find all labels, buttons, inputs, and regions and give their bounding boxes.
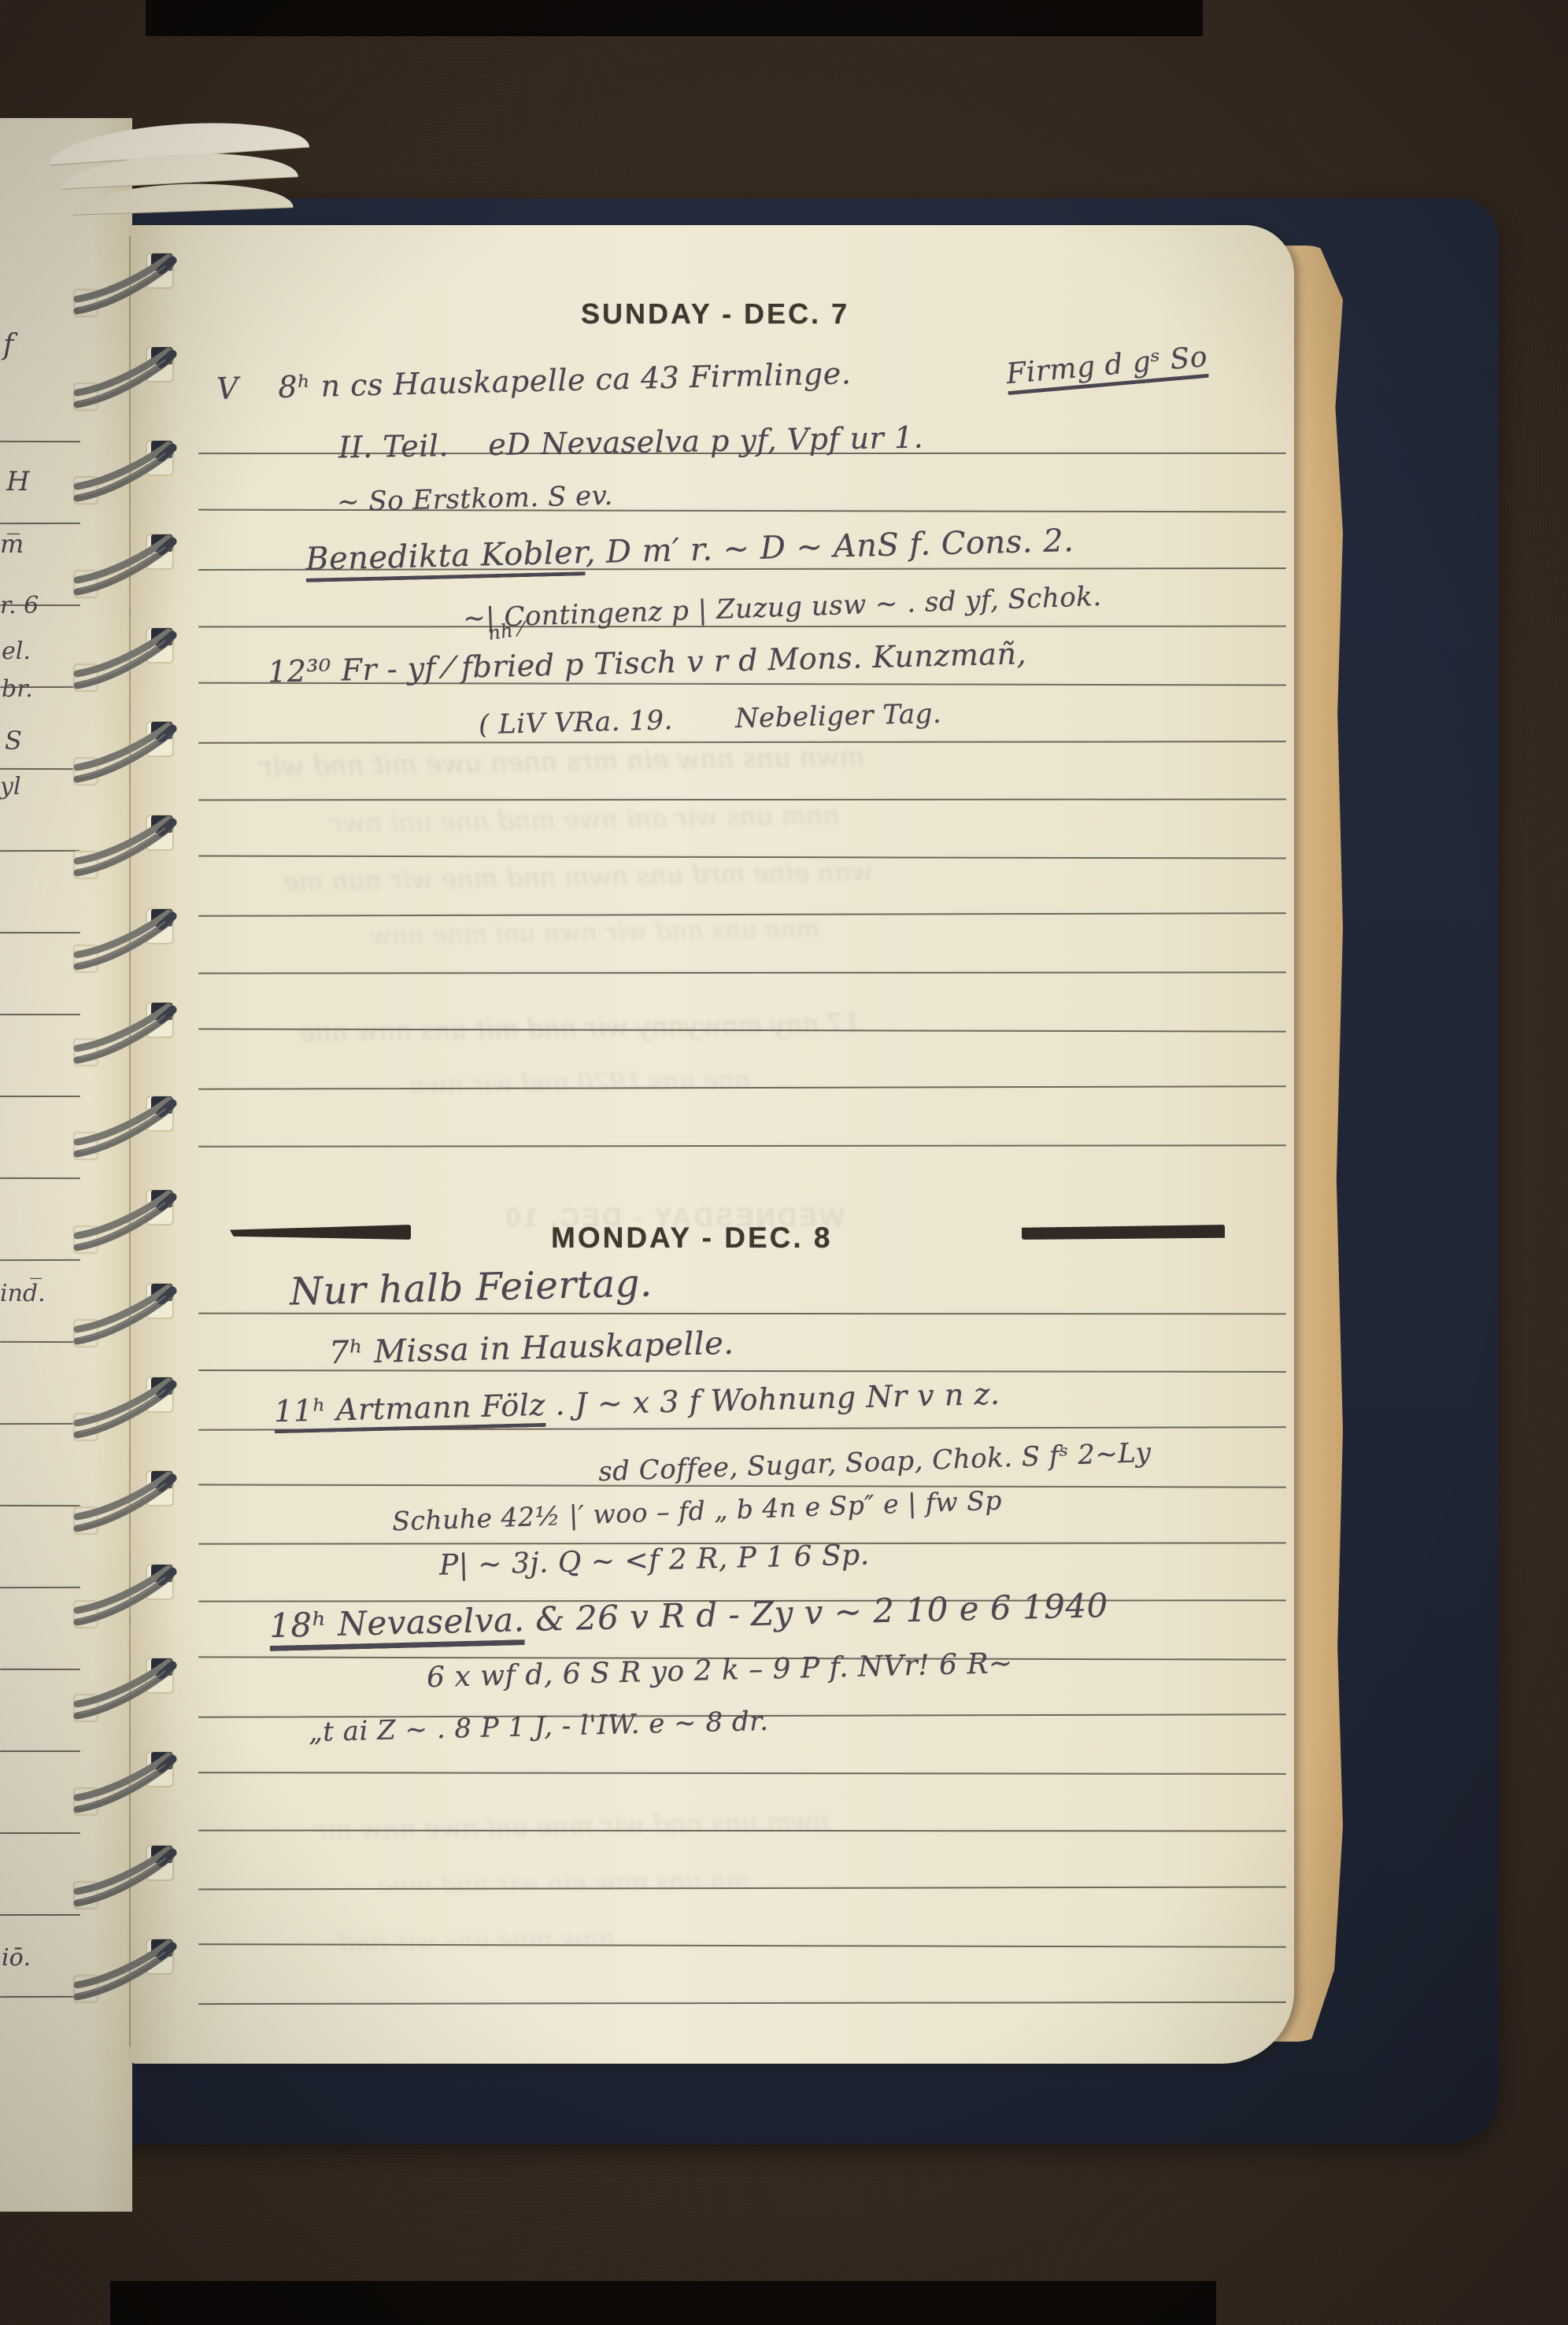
binding-ring [69,1279,187,1355]
binding-ring [69,436,187,512]
binding-ring [69,1935,187,2010]
binding-ring [69,249,187,324]
bleedthrough-line: nnw mne uns wir nnd [338,1923,616,1957]
ruled-line [0,1341,80,1343]
binding-ring [69,623,187,699]
left-page-fragment: f [3,329,13,361]
binding-ring [69,1466,187,1542]
table-gap-bottom [110,2281,1216,2325]
ruled-line [0,1177,80,1179]
diary-photo: SUNDAY - DEC. 7 WEDNESDAY - DEC. 10 MOND… [0,0,1568,2325]
binding-ring [69,1373,187,1448]
left-page-fragment: r. 6 [0,592,39,619]
left-page-fragment: H [6,466,30,497]
binding-ring [69,530,187,605]
left-page-fragment: br. [2,675,33,703]
bleedthrough-line: nne uns 1920 nnd wir nwn [409,1064,751,1100]
binding-ring [69,1747,187,1823]
hw-underlined-text: 18ʰ Nevaselva. [269,1600,526,1651]
binding-ring [69,1560,187,1636]
ruled-line [0,1587,80,1588]
left-page-fragment: S [5,726,22,756]
hw-sunday-line3: ~ So Erstkom. S ev. [337,480,614,519]
hw-underlined-text: 11ʰ Artmann Fölz [274,1388,546,1433]
ruled-line [0,1259,80,1261]
hw-monday-line1: Nur halb Feiertag. [289,1261,653,1314]
left-page-fragment: el. [2,638,31,665]
ruled-line [0,850,80,852]
binding-ring [69,998,187,1074]
day-header-monday: MONDAY - DEC. 8 [551,1222,833,1255]
hw-underlined-text: Benedikta Kobler [305,534,586,582]
ruled-line [0,441,80,442]
ruled-line [0,523,80,524]
ruled-line [0,1914,80,1916]
binding-ring [69,904,187,980]
ruled-line [0,1669,80,1670]
ruled-line [0,1096,80,1097]
ruled-line [0,768,80,770]
binding-ring [69,1092,187,1167]
binding-ring [69,1185,187,1261]
binding-ring [69,342,187,418]
binding-ring [69,1654,187,1729]
ruled-line [0,1832,80,1834]
ruled-line [0,1505,80,1506]
left-page-fragment: ind̅. [0,1280,46,1307]
table-gap-top [146,0,1203,36]
binding-ring [69,811,187,886]
ruled-line [0,1996,80,1998]
ruled-line [0,1014,80,1015]
ruled-line [0,1750,80,1752]
left-page-fragment: yl [0,773,21,800]
left-page-fragment: m̅ [0,529,24,559]
binding-ring [69,1841,187,1917]
binding-ring [69,717,187,793]
ruled-line [0,932,80,933]
left-page-fragment: iō. [2,1944,31,1972]
day-header-sunday: SUNDAY - DEC. 7 [581,298,849,331]
ruled-line [0,1423,80,1425]
